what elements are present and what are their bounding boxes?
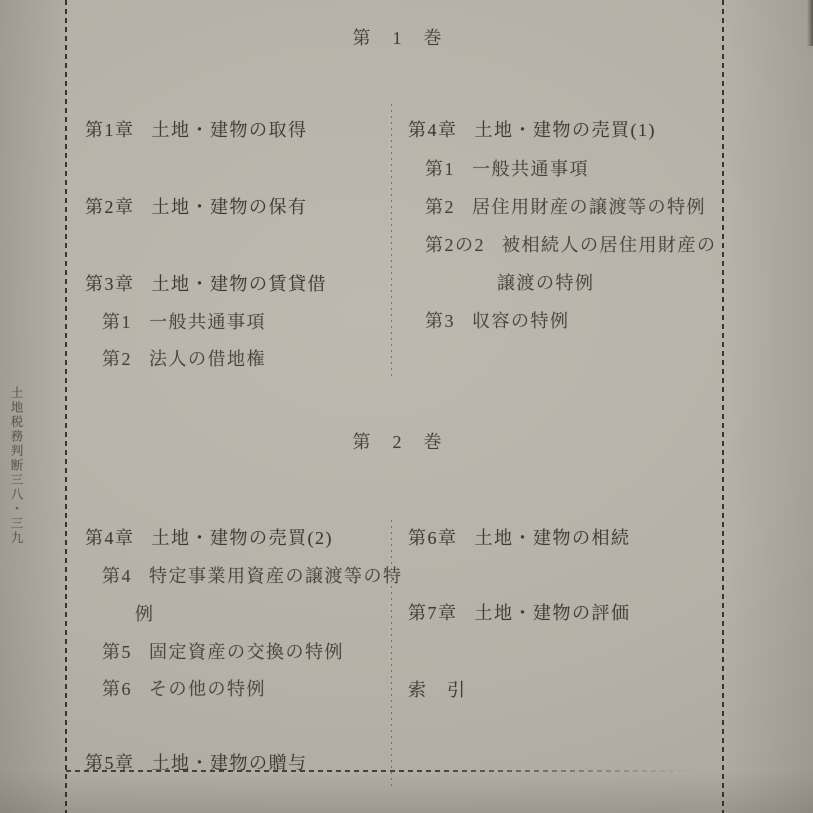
- entry-title: 譲渡の特例: [497, 273, 595, 293]
- entry-title: 例: [135, 604, 155, 624]
- entry-title: 収容の特例: [472, 311, 570, 331]
- toc-entry-index: 索 引: [408, 676, 484, 702]
- entry-label: 第4: [102, 566, 132, 586]
- toc-entry: 第2章土地・建物の保有: [85, 193, 308, 219]
- book-page: 土地税務判断三八・三九 第 1 巻 第1章土地・建物の取得 第2章土地・建物の保…: [0, 0, 813, 813]
- entry-title: 固定資産の交換の特例: [149, 642, 344, 662]
- entry-label: 第5章: [85, 753, 135, 773]
- entry-label: 第1章: [85, 120, 135, 140]
- toc-entry: 第4章土地・建物の売買(2): [85, 524, 333, 550]
- entry-label: 第1: [425, 159, 455, 179]
- bottom-shading: [0, 771, 813, 813]
- entry-label: 第3章: [85, 274, 135, 294]
- toc-entry: 第2居住用財産の譲渡等の特例: [425, 193, 706, 219]
- entry-title: 土地・建物の相続: [475, 528, 631, 548]
- entry-title: 土地・建物の贈与: [152, 753, 308, 773]
- entry-title: 土地・建物の売買(2): [152, 528, 334, 548]
- toc-entry: 第1章土地・建物の取得: [85, 116, 308, 142]
- entry-title: 土地・建物の取得: [152, 120, 308, 140]
- entry-label: 第2の2: [425, 235, 485, 255]
- toc-entry: 第6その他の特例: [102, 675, 266, 701]
- entry-label: 第2章: [85, 197, 135, 217]
- entry-title: 一般共通事項: [149, 312, 266, 332]
- toc-entry-continuation: 例: [135, 600, 155, 626]
- entry-title: 土地・建物の保有: [152, 197, 308, 217]
- right-margin-shading: [723, 0, 813, 813]
- entry-label: 第1: [102, 312, 132, 332]
- entry-label: 第2: [425, 197, 455, 217]
- entry-title: 法人の借地権: [149, 349, 266, 369]
- stitched-border-left: [65, 0, 67, 813]
- toc-entry: 第7章土地・建物の評価: [408, 599, 631, 625]
- toc-entry: 第2法人の借地権: [102, 345, 266, 371]
- entry-title: その他の特例: [149, 679, 266, 699]
- entry-title: 被相続人の居住用財産の: [502, 235, 717, 255]
- entry-label: 第7章: [408, 603, 458, 623]
- photo-edge-smudge: [807, 0, 813, 46]
- entry-label: 第6: [102, 679, 132, 699]
- toc-entry: 第5固定資産の交換の特例: [102, 638, 344, 664]
- entry-label: 索 引: [408, 680, 467, 700]
- entry-label: 第4章: [408, 120, 458, 140]
- toc-entry: 第4特定事業用資産の譲渡等の特: [102, 562, 403, 588]
- toc-entry-continuation: 譲渡の特例: [497, 269, 595, 295]
- toc-entry: 第4章土地・建物の売買(1): [408, 116, 656, 142]
- toc-entry: 第6章土地・建物の相続: [408, 524, 631, 550]
- entry-title: 土地・建物の評価: [475, 603, 631, 623]
- toc-entry: 第3章土地・建物の賃貸借: [85, 270, 327, 296]
- entry-label: 第3: [425, 311, 455, 331]
- toc-entry: 第3収容の特例: [425, 307, 570, 333]
- entry-label: 第6章: [408, 528, 458, 548]
- entry-title: 居住用財産の譲渡等の特例: [472, 197, 706, 217]
- column-divider-volume1: [391, 104, 392, 376]
- entry-label: 第5: [102, 642, 132, 662]
- column-divider-volume2: [391, 520, 392, 790]
- stitched-border-right: [722, 0, 724, 813]
- toc-entry: 第1一般共通事項: [425, 155, 589, 181]
- entry-title: 一般共通事項: [472, 159, 589, 179]
- entry-label: 第2: [102, 349, 132, 369]
- toc-entry: 第2の2被相続人の居住用財産の: [425, 231, 717, 257]
- toc-entry: 第5章土地・建物の贈与: [85, 749, 308, 775]
- entry-title: 土地・建物の賃貸借: [152, 274, 328, 294]
- toc-entry: 第1一般共通事項: [102, 308, 266, 334]
- spine-caption: 土地税務判断三八・三九: [7, 386, 25, 556]
- entry-title: 特定事業用資産の譲渡等の特: [149, 566, 403, 586]
- entry-title: 土地・建物の売買(1): [475, 120, 657, 140]
- entry-label: 第4章: [85, 528, 135, 548]
- volume2-title: 第 2 巻: [288, 428, 508, 454]
- volume1-title: 第 1 巻: [288, 24, 508, 50]
